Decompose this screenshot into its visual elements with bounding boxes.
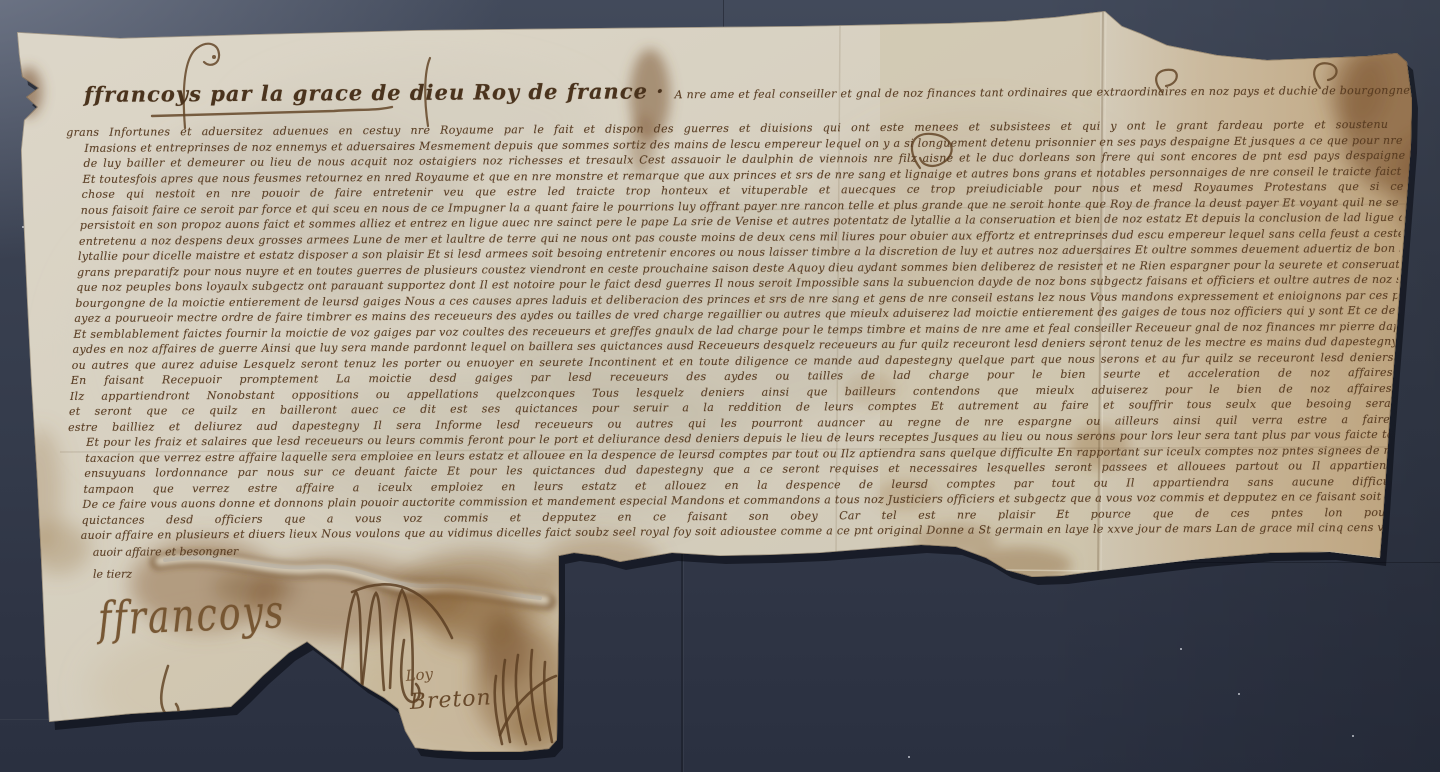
dust-speck [908,756,910,758]
dust-speck [1352,735,1354,737]
royal-signature: ffrancoys [97,586,286,646]
marginal-line: auoir affaire et besongner [93,545,283,559]
backdrop-crease [681,554,683,772]
photograph-of-royal-charter: ffrancoys par la grace de dieu Roy de fr… [0,0,1440,772]
dust-speck [1180,648,1182,650]
heading-line: ffrancoys par la grace de dieu Roy de fr… [84,74,1400,107]
secretary-countersignature: Breton [409,685,492,715]
dust-speck [22,226,24,228]
royal-intitulation: ffrancoys par la grace de dieu Roy de fr… [84,78,665,107]
heading-continuation: A nre ame et feal conseiller et gnal de … [675,83,1440,101]
dust-speck [1238,693,1240,695]
marginal-note-regnal-year: le tierz [93,567,283,581]
backdrop-crease [723,0,724,30]
countersign-fragment: Loy [405,665,434,685]
